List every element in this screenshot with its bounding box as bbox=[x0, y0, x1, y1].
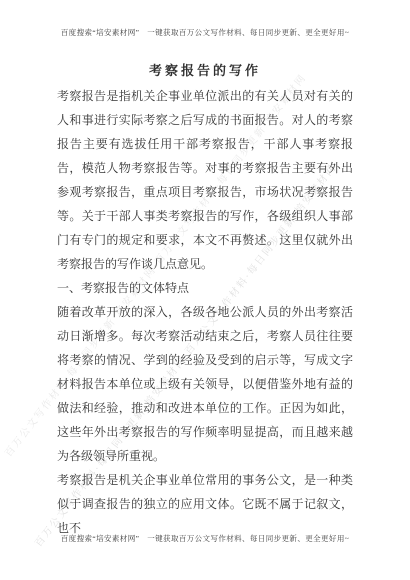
section-heading-1: 一、考察报告的文体特点 bbox=[57, 276, 353, 300]
header-promo-note: 百度搜索“培安素材网” 一键获取百万公文写作材料、每日同步更新、更全更好用~ bbox=[0, 27, 410, 38]
document-title: 考察报告的写作 bbox=[0, 60, 410, 79]
document-page: 百万公文写作材料·每日同步更新·培安素材网·百万公文写作材料·每日同步更新·培安… bbox=[0, 0, 410, 580]
paragraph-2: 随着改革开放的深入，各级各地公派人员的外出考察活动日渐增多。每次考察活动结束之后… bbox=[57, 300, 353, 468]
document-body: 考察报告是指机关企事业单位派出的有关人员对有关的人和事进行实际考察之后写成的书面… bbox=[57, 84, 353, 540]
paragraph-3-truncated: 考察报告是机关企事业单位常用的事务公文，是一种类似于调查报告的独立的应用文体。它… bbox=[57, 468, 353, 540]
paragraph-intro: 考察报告是指机关企事业单位派出的有关人员对有关的人和事进行实际考察之后写成的书面… bbox=[57, 84, 353, 276]
footer-promo-note: 百度搜索“培安素材网” 一键获取百万公文写作材料、每日同步更新、更全更好用~ bbox=[0, 533, 410, 544]
